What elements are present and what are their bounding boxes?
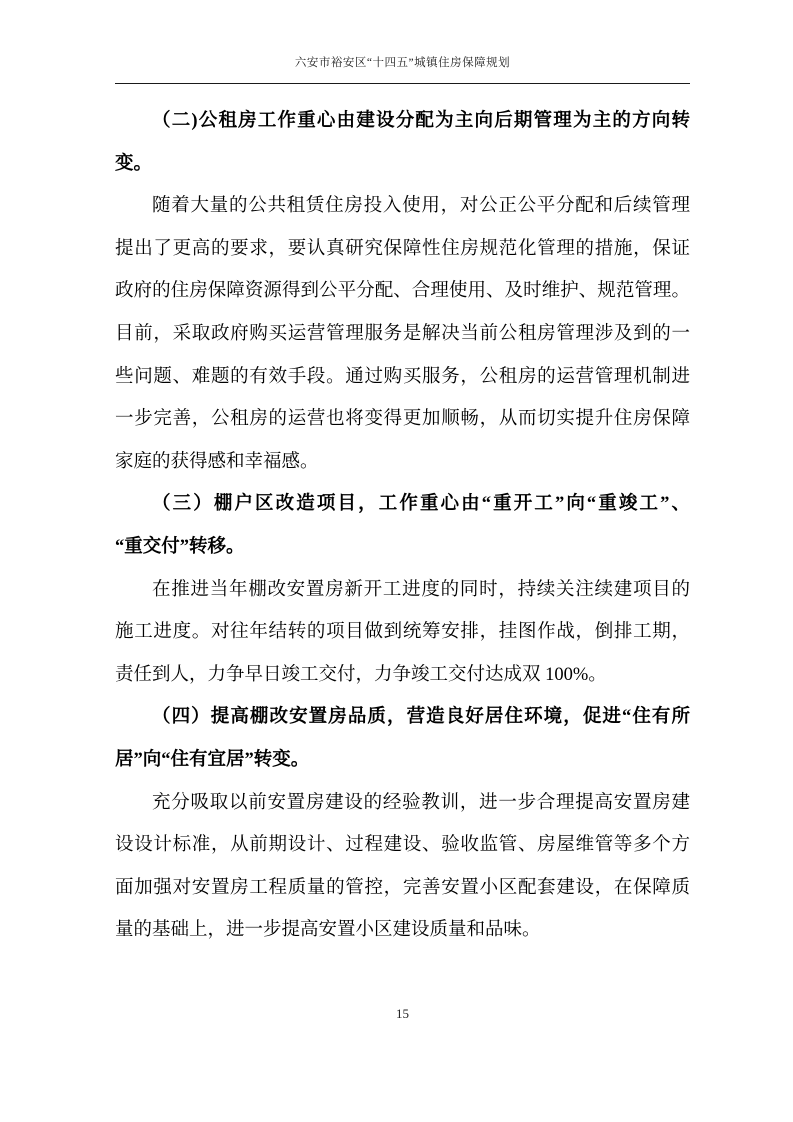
- page-header: 六安市裕安区“十四五”城镇住房保障规划: [115, 0, 690, 84]
- text-line: 些问题、难题的有效手段。通过购买服务，公租房的运营管理机制进: [115, 356, 690, 399]
- text-line: 充分吸取以前安置房建设的经验教训，进一步合理提高安置房建: [115, 782, 690, 825]
- text-line: 施工进度。对往年结转的项目做到统筹安排，挂图作战，倒排工期，: [115, 611, 690, 654]
- text-line: 设设计标准，从前期设计、过程建设、验收监管、房屋维管等多个方: [115, 824, 690, 867]
- text-line: 政府的住房保障资源得到公平分配、合理使用、及时维护、规范管理。: [115, 270, 690, 313]
- section-heading: （四）提高棚改安置房品质，营造良好居住环境，促进“住有所居”向“住有宜居”转变。: [115, 696, 690, 781]
- document-body: （二)公租房工作重心由建设分配为主向后期管理为主的方向转变。随着大量的公共租赁住…: [115, 100, 690, 952]
- text-line: “重交付”转移。: [115, 526, 690, 569]
- body-paragraph: 充分吸取以前安置房建设的经验教训，进一步合理提高安置房建设设计标准，从前期设计、…: [115, 782, 690, 952]
- text-line: 居”向“住有宜居”转变。: [115, 739, 690, 782]
- text-line: 在推进当年棚改安置房新开工进度的同时，持续关注续建项目的: [115, 569, 690, 612]
- text-line: 变。: [115, 143, 690, 186]
- text-line: 提出了更高的要求，要认真研究保障性住房规范化管理的措施，保证: [115, 228, 690, 271]
- section-heading: （三）棚户区改造项目，工作重心由“重开工”向“重竣工”、“重交付”转移。: [115, 483, 690, 568]
- page-footer: 15: [115, 1006, 690, 1022]
- header-title: 六安市裕安区“十四五”城镇住房保障规划: [295, 57, 510, 69]
- page-number: 15: [396, 1006, 409, 1021]
- text-line: 面加强对安置房工程质量的管控，完善安置小区配套建设，在保障质: [115, 867, 690, 910]
- text-line: （二)公租房工作重心由建设分配为主向后期管理为主的方向转: [115, 100, 690, 143]
- text-line: 家庭的获得感和幸福感。: [115, 441, 690, 484]
- text-line: （四）提高棚改安置房品质，营造良好居住环境，促进“住有所: [115, 696, 690, 739]
- document-page: 六安市裕安区“十四五”城镇住房保障规划 （二)公租房工作重心由建设分配为主向后期…: [0, 0, 793, 1122]
- section-heading: （二)公租房工作重心由建设分配为主向后期管理为主的方向转变。: [115, 100, 690, 185]
- text-line: 一步完善，公租房的运营也将变得更加顺畅，从而切实提升住房保障: [115, 398, 690, 441]
- text-line: 责任到人，力争早日竣工交付，力争竣工交付达成双 100%。: [115, 654, 690, 697]
- body-paragraph: 随着大量的公共租赁住房投入使用，对公正公平分配和后续管理提出了更高的要求，要认真…: [115, 185, 690, 483]
- body-paragraph: 在推进当年棚改安置房新开工进度的同时，持续关注续建项目的施工进度。对往年结转的项…: [115, 569, 690, 697]
- text-line: 随着大量的公共租赁住房投入使用，对公正公平分配和后续管理: [115, 185, 690, 228]
- text-line: （三）棚户区改造项目，工作重心由“重开工”向“重竣工”、: [115, 483, 690, 526]
- text-line: 目前，采取政府购买运营管理服务是解决当前公租房管理涉及到的一: [115, 313, 690, 356]
- text-line: 量的基础上，进一步提高安置小区建设质量和品味。: [115, 909, 690, 952]
